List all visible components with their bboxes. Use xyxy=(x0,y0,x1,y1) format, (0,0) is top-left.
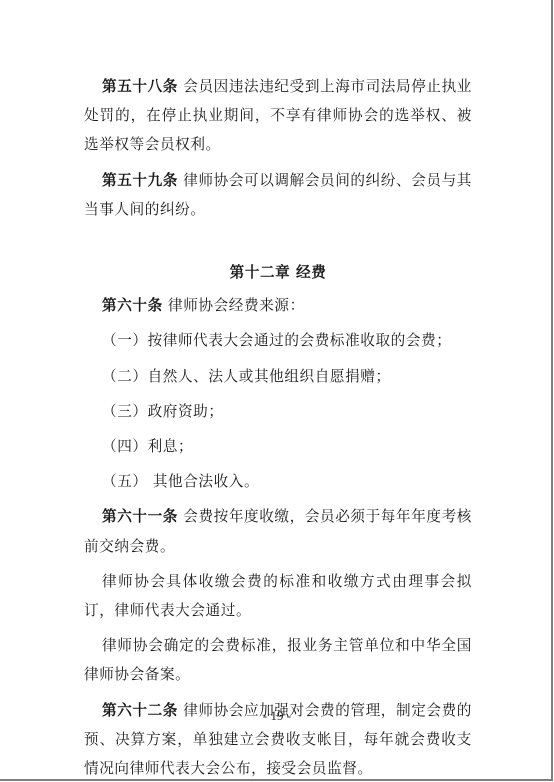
article-60: 第六十条 律师协会经费来源： xyxy=(84,291,472,320)
page-number: - 19 - xyxy=(0,708,554,724)
article-61: 第六十一条 会费按年度收缴，会员必须于每年年度考核前交纳会费。 xyxy=(84,502,472,560)
article-label: 第五十九条 xyxy=(102,172,178,189)
article-label: 第六十条 xyxy=(102,297,163,314)
list-item: （四）利息； xyxy=(84,432,472,461)
list-item: （二）自然人、法人或其他组织自愿捐赠； xyxy=(84,362,472,391)
chapter-heading: 第十二章 经费 xyxy=(84,258,472,287)
list-item: （一）按律师代表大会通过的会费标准收取的会费； xyxy=(84,326,472,355)
document-page: 第五十八条 会员因违法违纪受到上海市司法局停止执业处罚的，在停止执业期间，不享有… xyxy=(0,0,553,781)
page-content: 第五十八条 会员因违法违纪受到上海市司法局停止执业处罚的，在停止执业期间，不享有… xyxy=(84,72,472,782)
article-59: 第五十九条 律师协会可以调解会员间的纠纷、会员与其当事人间的纠纷。 xyxy=(84,166,472,224)
article-58: 第五十八条 会员因违法违纪受到上海市司法局停止执业处罚的，在停止执业期间，不享有… xyxy=(84,72,472,160)
article-label: 第六十一条 xyxy=(102,508,178,525)
article-text: 律师协会经费来源： xyxy=(168,297,305,314)
list-item: （五） 其他合法收入。 xyxy=(84,467,472,496)
list-item: （三）政府资助； xyxy=(84,397,472,426)
paragraph: 律师协会确定的会费标准，报业务主管单位和中华全国律师协会备案。 xyxy=(84,631,472,689)
article-label: 第五十八条 xyxy=(102,78,178,95)
paragraph: 律师协会具体收缴会费的标准和收缴方式由理事会拟订，律师代表大会通过。 xyxy=(84,567,472,625)
